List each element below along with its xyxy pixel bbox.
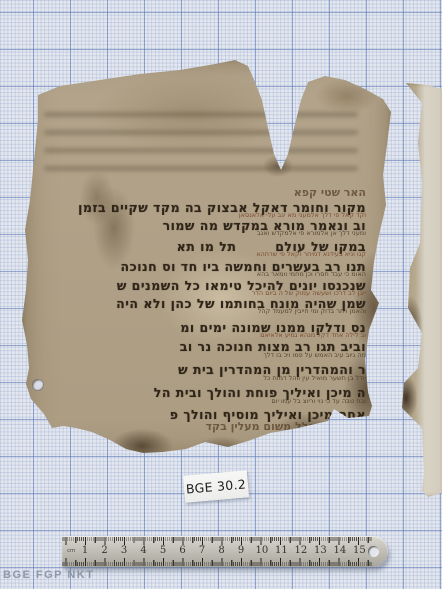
manuscript-text-line: וטע דבי תהלל משום מעלין בקד bbox=[36, 420, 366, 433]
manuscript-text-line: ומעני דלך אן אלמורא פי אלמקדש ואגב bbox=[36, 229, 366, 237]
ruler-ticks-top bbox=[62, 537, 372, 545]
ruler-number: 10 bbox=[256, 545, 266, 556]
ruler-number: 2 bbox=[100, 545, 110, 556]
manuscript-text-line: קגו וניא בעידנא דמיחר וקאל פי שרחהא bbox=[36, 250, 366, 258]
manuscript-text-line: יודל בן תשער מואיל עין ווהל דמות כל bbox=[36, 374, 366, 382]
watermark-text: BGE FGP NKT bbox=[3, 569, 94, 581]
faded-text-trace bbox=[44, 148, 358, 153]
ruler: cm 123456789101112131415 bbox=[62, 536, 388, 567]
manuscript-text-line: והאמן ויתר בדוק ומי חייבין למעמד קהל bbox=[36, 307, 366, 315]
ruler-unit-label: cm bbox=[67, 548, 75, 554]
ruler-number: 13 bbox=[314, 545, 324, 556]
ruler-number: 5 bbox=[158, 545, 168, 556]
ruler-hole bbox=[368, 546, 379, 557]
manuscript-text-line: האומ כי עבד חסרו וכן מחמי וומאר בהא bbox=[36, 270, 366, 278]
ruler-number: 11 bbox=[275, 545, 285, 556]
ruler-number: 14 bbox=[334, 545, 344, 556]
ruler-ticks-bottom bbox=[62, 558, 372, 566]
manuscript-strip-fragment bbox=[398, 83, 442, 497]
shelfmark-text: BGE 30.2 bbox=[185, 476, 246, 496]
faded-text-trace bbox=[44, 130, 358, 135]
ruler-number: 1 bbox=[80, 545, 90, 556]
photo-grid-background: האר שטי קפאמקור וחומר דאקל אבצוק בה מקד … bbox=[0, 0, 442, 589]
ruler-number: 7 bbox=[197, 545, 207, 556]
parchment-hole bbox=[32, 379, 44, 391]
manuscript-text-line: וב לילה אחד דקל מנהא גמיע אלאיאם bbox=[36, 331, 366, 339]
ruler-number: 12 bbox=[295, 545, 305, 556]
manuscript-fragment: האר שטי קפאמקור וחומר דאקל אבצוק בה מקד … bbox=[22, 58, 392, 458]
ruler-number: 9 bbox=[236, 545, 246, 556]
ruler-number: 8 bbox=[217, 545, 227, 556]
ruler-number: 3 bbox=[119, 545, 129, 556]
ruler-number: 15 bbox=[353, 545, 363, 556]
ruler-number: 6 bbox=[178, 545, 188, 556]
ruler-number: 4 bbox=[139, 545, 149, 556]
faded-text-trace bbox=[44, 166, 358, 171]
faded-text-trace bbox=[44, 112, 358, 117]
manuscript-text-line: מה גיוב עיב האמש על פמו ויכ בו דלך bbox=[36, 351, 366, 359]
shelfmark-label: BGE 30.2 bbox=[183, 470, 249, 502]
manuscript-text-line: ובח טבה עד כי נוי וריוצ בל עמו יום bbox=[36, 397, 366, 405]
manuscript-text-line: האר שטי קפא bbox=[36, 186, 366, 199]
